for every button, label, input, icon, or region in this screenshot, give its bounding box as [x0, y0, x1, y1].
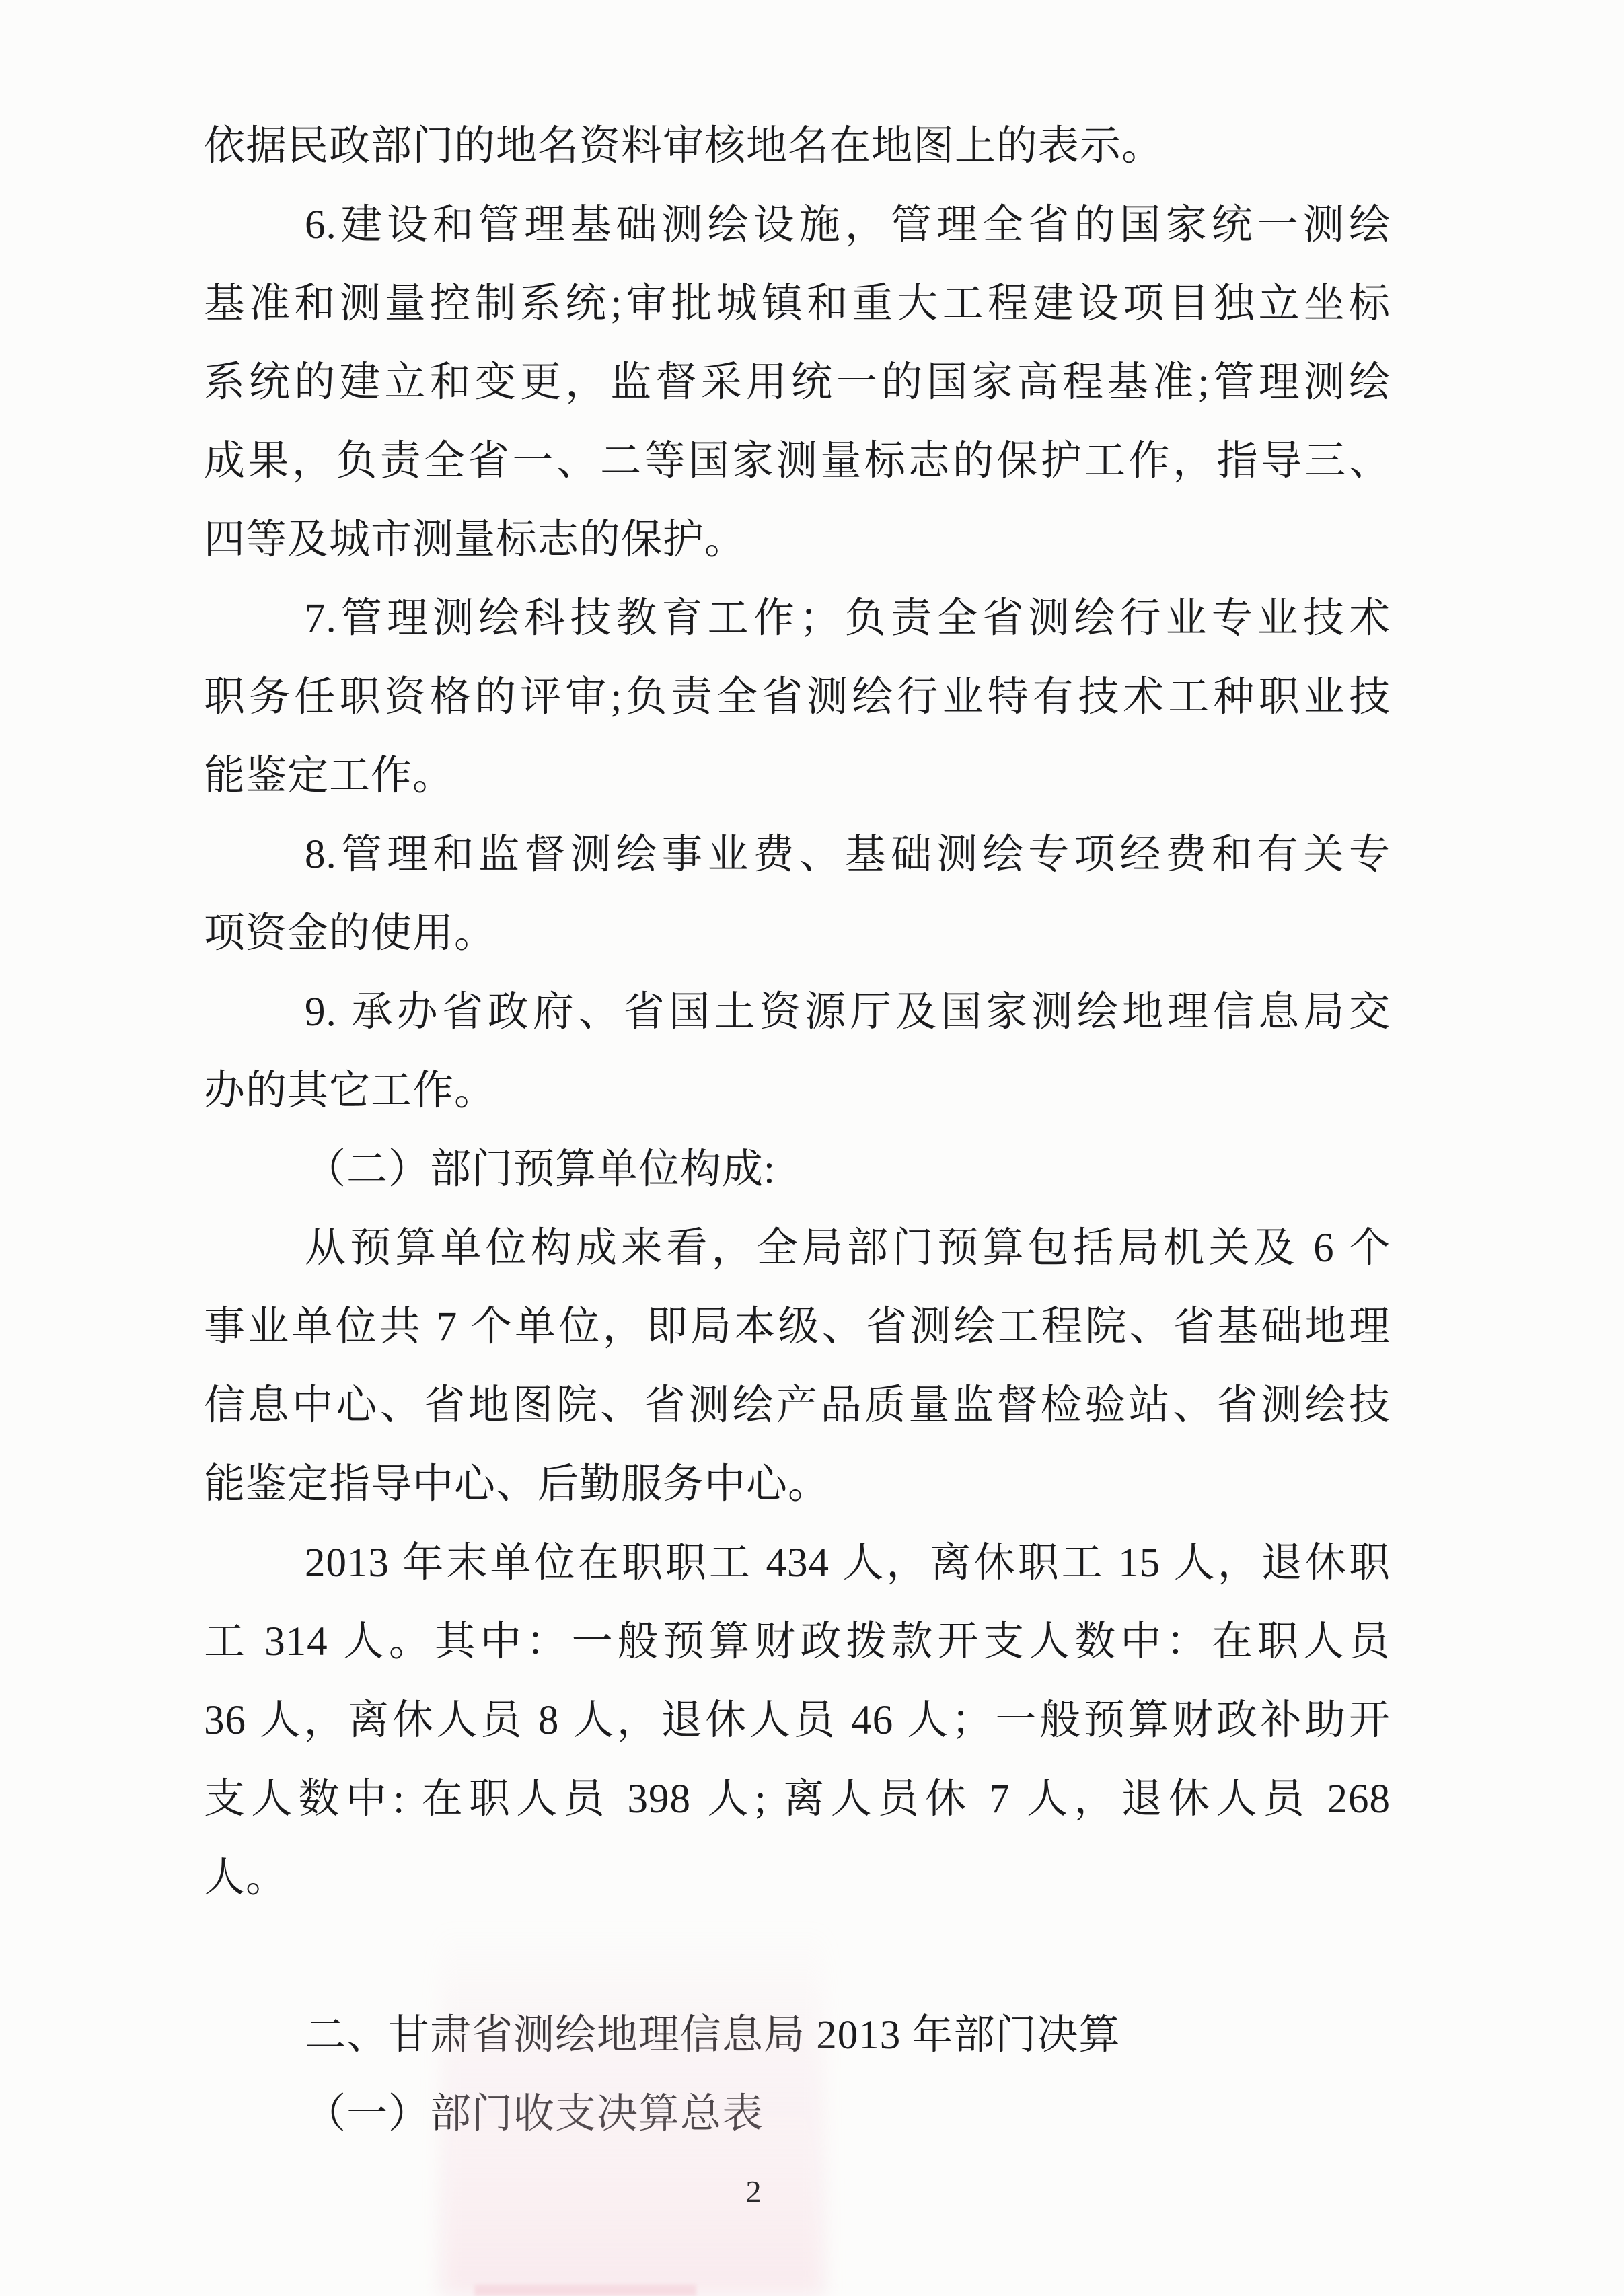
text-line-item-9: 9. 承办省政府、省国土资源厅及国家测绘地理信息局交 [204, 973, 1391, 1051]
text-line-item-8: 8.管理和监督测绘事业费、基础测绘专项经费和有关专 [204, 815, 1391, 894]
scanned-document-page: 依据民政部门的地名资料审核地名在地图上的表示。 6.建设和管理基础测绘设施，管理… [0, 0, 1624, 2296]
page-number: 2 [730, 2174, 777, 2209]
text-line: 成果，负责全省一、二等国家测量标志的保护工作，指导三、 [204, 422, 1391, 501]
text-line: 能鉴定指导中心、后勤服务中心。 [204, 1445, 1391, 1524]
subsection-heading: （二）部门预算单位构成: [204, 1130, 1391, 1209]
section-heading: 二、甘肃省测绘地理信息局 2013 年部门决算 [204, 1996, 1391, 2075]
text-line: 基准和测量控制系统;审批城镇和重大工程建设项目独立坐标 [204, 264, 1391, 343]
text-line: 四等及城市测量标志的保护。 [204, 501, 1391, 579]
text-line: 办的其它工作。 [204, 1051, 1391, 1130]
text-line: 36 人，离休人员 8 人，退休人员 46 人；一般预算财政补助开 [204, 1681, 1391, 1760]
text-line: 能鉴定工作。 [204, 737, 1391, 815]
text-line: 项资金的使用。 [204, 894, 1391, 973]
text-line-item-7: 7.管理测绘科技教育工作；负责全省测绘行业专业技术 [204, 579, 1391, 658]
text-line: 信息中心、省地图院、省测绘产品质量监督检验站、省测绘技 [204, 1366, 1391, 1445]
text-line: 依据民政部门的地名资料审核地名在地图上的表示。 [204, 107, 1391, 186]
text-line: 人。 [204, 1839, 1391, 1917]
text-line-item-6: 6.建设和管理基础测绘设施，管理全省的国家统一测绘 [204, 186, 1391, 264]
text-line: 系统的建立和变更，监督采用统一的国家高程基准;管理测绘 [204, 343, 1391, 422]
text-line: 事业单位共 7 个单位，即局本级、省测绘工程院、省基础地理 [204, 1288, 1391, 1366]
text-line: 职务任职资格的评审;负责全省测绘行业特有技术工种职业技 [204, 658, 1391, 737]
document-body: 依据民政部门的地名资料审核地名在地图上的表示。 6.建设和管理基础测绘设施，管理… [204, 107, 1391, 2153]
text-line: 2013 年末单位在职职工 434 人，离休职工 15 人，退休职 [204, 1524, 1391, 1602]
text-line: 工 314 人。其中：一般预算财政拨款开支人数中：在职人员 [204, 1602, 1391, 1681]
text-line: 从预算单位构成来看，全局部门预算包括局机关及 6 个 [204, 1209, 1391, 1288]
text-line: 支人数中: 在职人员 398 人; 离人员休 7 人，退休人员 268 [204, 1760, 1391, 1839]
scan-smudge-edge [474, 2285, 696, 2296]
subsection-heading: （一）部门收支决算总表 [204, 2075, 1391, 2153]
